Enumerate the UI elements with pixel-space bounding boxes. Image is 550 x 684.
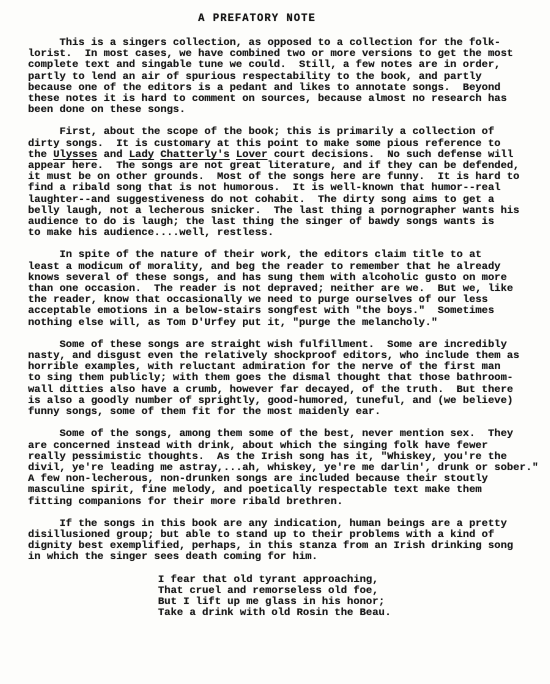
text-line: Some of the songs, among them some of th…: [28, 429, 550, 440]
text-line: funny songs, some of them fit for the mo…: [28, 407, 550, 418]
paragraph: Some of the songs, among them some of th…: [28, 429, 550, 507]
text-line: fitting companions for their more ribald…: [28, 497, 550, 508]
text-line: been done on these songs.: [28, 105, 550, 116]
text-line: in which the singer sees death coming fo…: [28, 552, 550, 563]
text-line: find a ribald song that is not humorous.…: [28, 183, 550, 194]
text-line: nothing else will, as Tom D'Urfey put it…: [28, 318, 550, 329]
paragraph: In spite of the nature of their work, th…: [28, 250, 550, 328]
text-line: Take a drink with old Rosin the Beau.: [158, 608, 550, 619]
text-line: to make his audience....well, restless.: [28, 228, 550, 239]
document-body: This is a singers collection, as opposed…: [28, 38, 550, 564]
text-line: complete text and singable tune we could…: [28, 60, 550, 71]
text-line: to sing them publicly; with them goes th…: [28, 373, 550, 384]
text-line: In spite of the nature of their work, th…: [28, 250, 550, 261]
paragraph: This is a singers collection, as opposed…: [28, 38, 550, 116]
paragraph: Some of these songs are straight wish fu…: [28, 340, 550, 418]
document-page: A PREFATORY NOTE This is a singers colle…: [0, 0, 550, 684]
paragraph: First, about the scope of the book; this…: [28, 127, 550, 239]
stanza: I fear that old tyrant approaching,That …: [158, 575, 550, 620]
paragraph: If the songs in this book are any indica…: [28, 519, 550, 564]
text-line: masculine spirit, fine melody, and poeti…: [28, 485, 550, 496]
text-line: acceptable emotions in a below-stairs so…: [28, 306, 550, 317]
page-title: A PREFATORY NOTE: [10, 13, 504, 25]
text-line: First, about the scope of the book; this…: [28, 127, 550, 138]
